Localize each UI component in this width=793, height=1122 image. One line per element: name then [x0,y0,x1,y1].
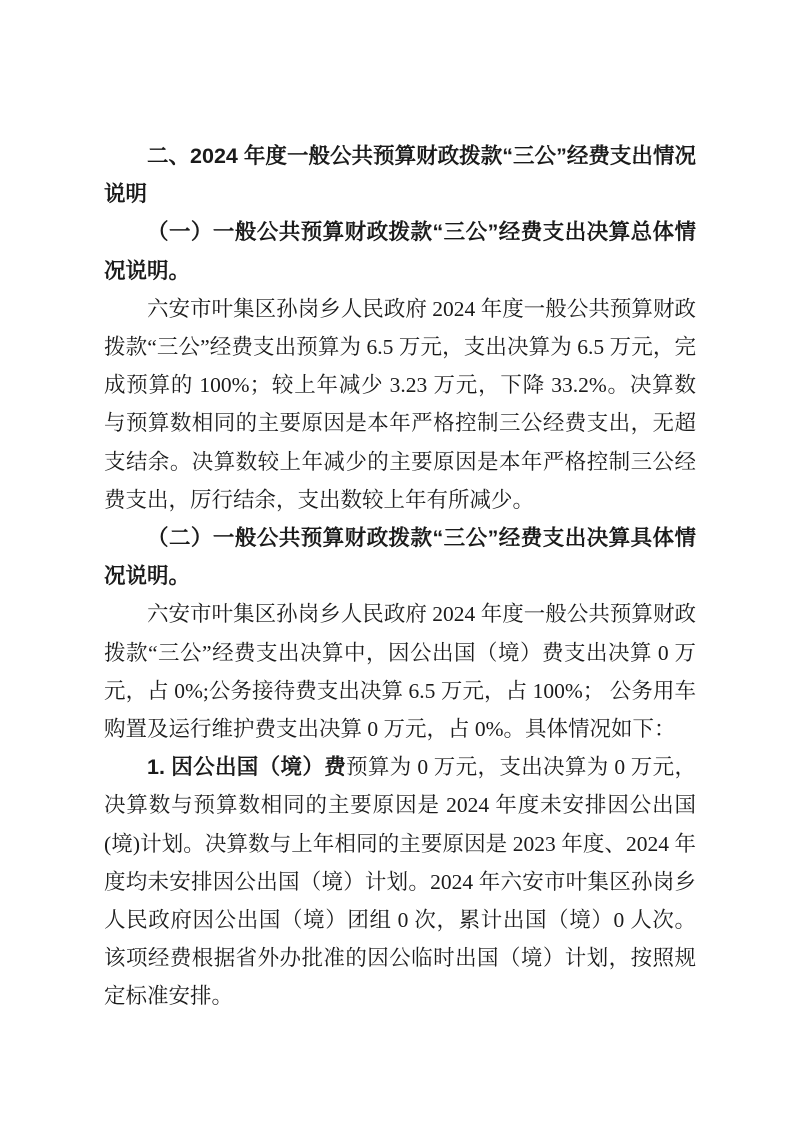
paragraph-overall-explanation: 六安市叶集区孙岗乡人民政府 2024 年度一般公共预算财政拨款“三公”经费支出预… [104,290,696,519]
paragraph-specific-breakdown: 六安市叶集区孙岗乡人民政府 2024 年度一般公共预算财政拨款“三公”经费支出决… [104,595,696,748]
paragraph-item1-overseas-travel: 1. 因公出国（境）费预算为 0 万元，支出决算为 0 万元，决算数与预算数相同… [104,748,696,1015]
document-page: 二、2024 年度一般公共预算财政拨款“三公”经费支出情况说明 （一）一般公共预… [0,0,793,1122]
item1-body-text: 预算为 0 万元，支出决算为 0 万元，决算数与预算数相同的主要原因是 2024… [104,755,696,1008]
section-heading-three-public-overview: 二、2024 年度一般公共预算财政拨款“三公”经费支出情况说明 [104,137,696,213]
subsection-heading-specific-situation: （二）一般公共预算财政拨款“三公”经费支出决算具体情况说明。 [104,519,696,595]
subsection-heading-overall-situation: （一）一般公共预算财政拨款“三公”经费支出决算总体情况说明。 [104,213,696,289]
item1-bold-lead: 1. 因公出国（境）费 [147,755,346,779]
